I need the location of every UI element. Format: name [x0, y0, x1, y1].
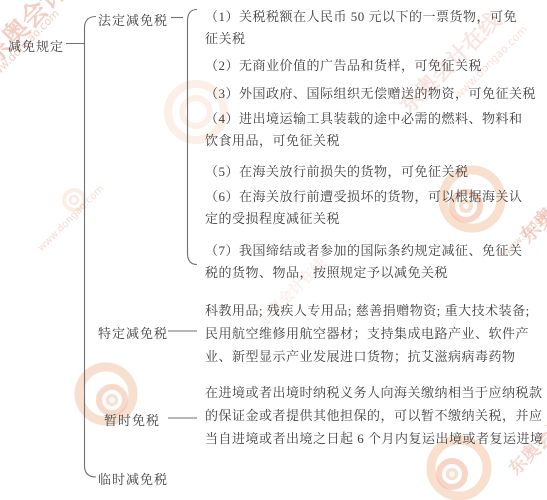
legal-item-6: （6）在海关放行前遭受损坏的货物，可以根据海关认 定的受损程度减征关税	[205, 186, 547, 230]
specific-exemption-text: 科教用品; 残疾人专用品; 慈善捐赠物资; 重大技术装备; 民用航空维修用航空器…	[205, 299, 547, 368]
main-bracket	[85, 17, 97, 478]
legal-item-7: （7）我国缔结或者参加的国际条约规定减征、免征关 税的货物、物品，按照规定予以减…	[205, 240, 547, 284]
legal-bracket	[188, 10, 198, 265]
legal-item-2: （2）无商业价值的广告品和货样，可免征关税	[205, 55, 547, 77]
legal-item-3: （3）外国政府、国际组织无偿赠送的物资，可免征关税	[205, 83, 547, 105]
legal-item-4: （4）进出境运输工具装载的途中必需的燃料、物料和 饮食用品，可免征关税	[205, 108, 547, 152]
branch-label-temporary: 暂时免税	[104, 410, 160, 429]
root-node-label: 减免规定	[8, 36, 64, 55]
branch-label-specific: 特定减免税	[98, 323, 168, 342]
legal-item-5: （5）在海关放行前损失的货物，可免征关税	[205, 161, 547, 183]
branch-label-legal: 法定减免税	[98, 10, 168, 29]
temporary-exemption-text: 在进境或者出境时纳税义务人向海关缴纳相当于应纳税款 的保证金或者提供其他担保的，…	[205, 381, 547, 450]
mindmap-canvas: 东奥会计在线 www.dongao.com 东奥会计在线 www.dongao.…	[0, 0, 547, 500]
legal-item-1: （1）关税税额在人民币 50 元以下的一票货物，可免 征关税	[205, 6, 547, 50]
branch-label-provisional: 临时减免税	[98, 469, 168, 488]
